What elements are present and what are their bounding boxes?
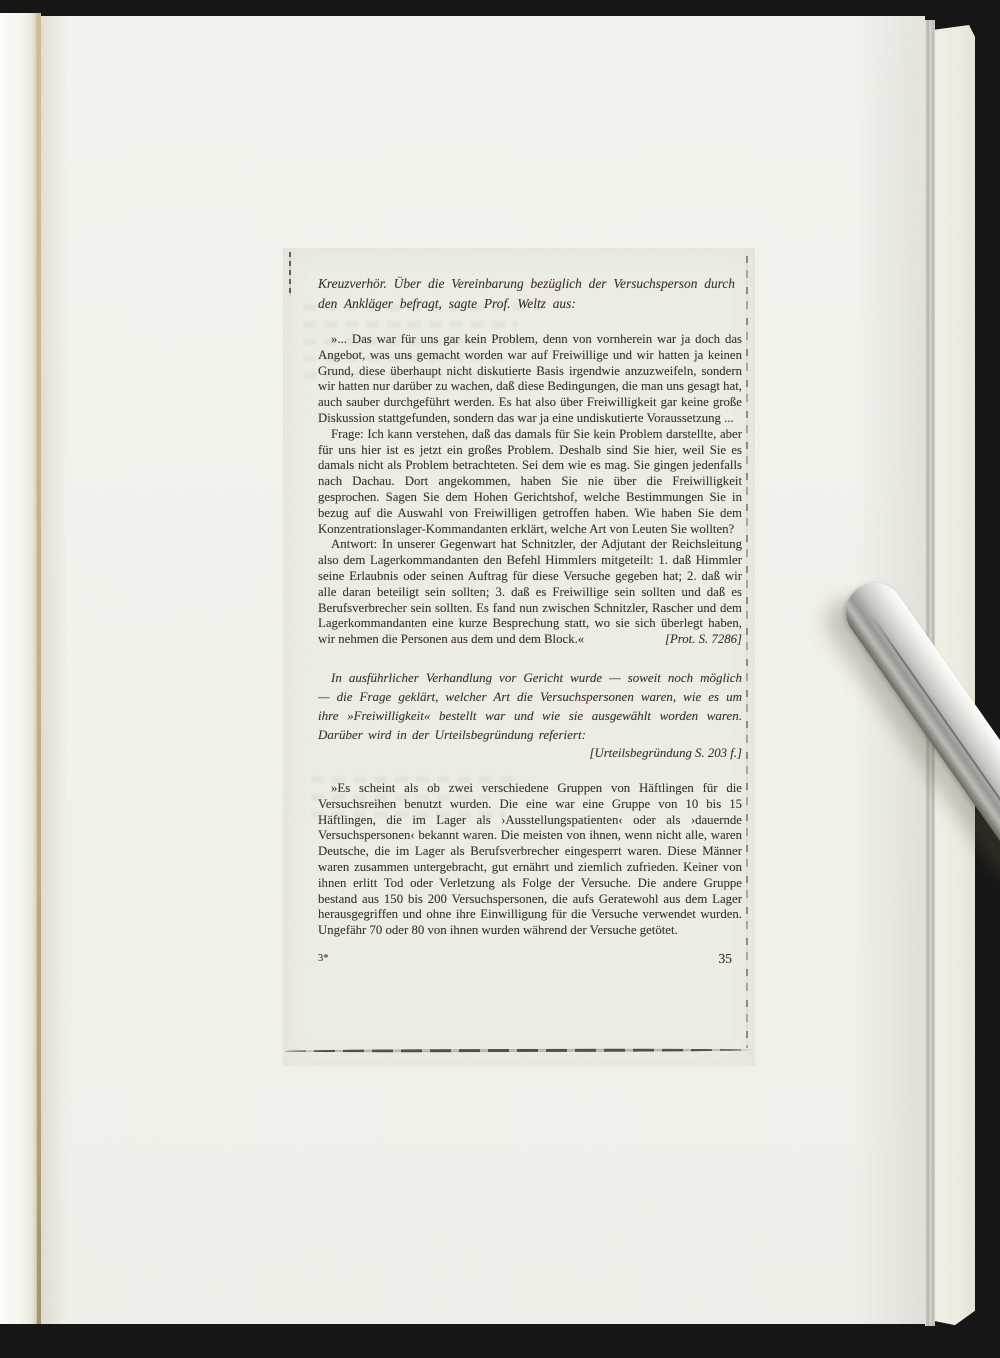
photocopied-document-insert: Kreuzverhör. Über die Vereinbarung bezüg… [283,248,755,1066]
judgment-reference: [Urteilsbegründung S. 203 f.] [318,744,742,763]
page-footer: 3* 35 [318,951,742,967]
facing-page-edge [0,13,37,1324]
judgment-quote-paragraph: »Es scheint als ob zwei verschiedene Gru… [318,781,742,939]
testimony-answer-paragraph: Antwort: In unserer Gegenwart hat Schnit… [318,537,742,648]
book-photo-scene: Kreuzverhör. Über die Vereinbarung bezüg… [0,0,1000,1358]
photocopy-right-edge-line [746,256,748,1048]
photocopy-bottom-edge-line [285,1048,751,1052]
protocol-reference: [Prot. S. 7286] [665,632,742,648]
page-number: 35 [719,951,733,967]
cross-examination-heading: Kreuzverhör. Über die Vereinbarung bezüg… [318,274,742,314]
testimony-paragraph-1: »... Das war für uns gar kein Problem, d… [318,332,742,427]
signature-mark: 3* [318,951,329,967]
document-text-block: Kreuzverhör. Über die Vereinbarung bezüg… [318,274,742,967]
court-commentary: In ausführlicher Verhandlung vor Gericht… [318,668,742,744]
testimony-answer-text: Antwort: In unserer Gegenwart hat Schnit… [318,537,742,646]
photocopy-left-edge-mark [289,252,291,296]
testimony-question-paragraph: Frage: Ich kann verstehen, daß das damal… [318,427,742,538]
